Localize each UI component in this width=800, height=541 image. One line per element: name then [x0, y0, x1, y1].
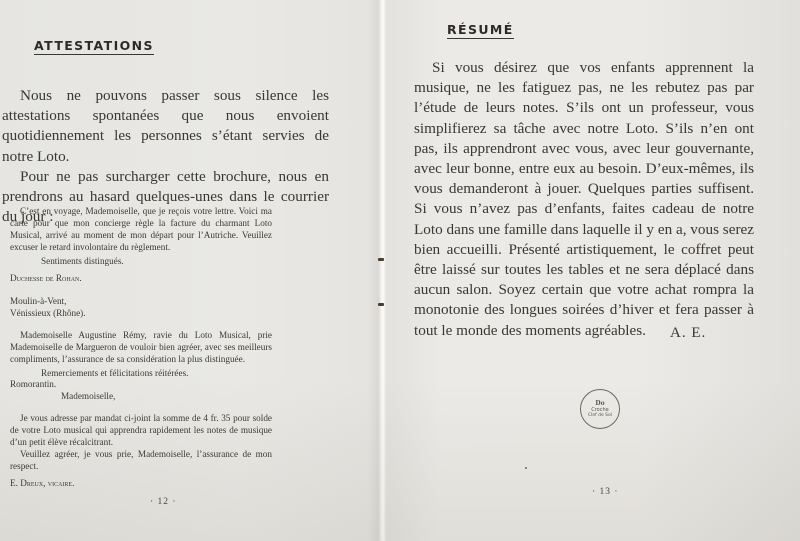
letter-body: Mademoiselle Augustine Rémy, ravie du Lo… [10, 329, 272, 365]
testimonial-letter: Romorantin. Mademoiselle, Je vous adress… [10, 378, 272, 489]
testimonial-letter: C’est en voyage, Mademoiselle, que je re… [10, 205, 272, 284]
letter-body: Veuillez agréer, je vous prie, Mademoise… [10, 448, 272, 472]
right-page: RÉSUMÉ Si vous désirez que vos enfants a… [384, 0, 800, 541]
summary-text: Si vous désirez que vos enfants apprenne… [414, 58, 754, 341]
testimonial-letter: Moulin-à-Vent, Vénissieux (Rhône). Madem… [10, 295, 272, 379]
page-heading: ATTESTATIONS [34, 38, 154, 55]
letter-place: Moulin-à-Vent, [10, 295, 272, 307]
page-heading: RÉSUMÉ [447, 22, 514, 39]
intro-paragraph: Nous ne pouvons passer sous silence les … [2, 86, 329, 167]
staple [378, 258, 384, 261]
paper-speck [525, 467, 527, 469]
letter-place: Vénissieux (Rhône). [10, 307, 272, 319]
page-number: · 13 · [592, 487, 619, 497]
letter-body: Je vous adresse par mandat ci-joint la s… [10, 412, 272, 448]
author-initials: A. E. [670, 325, 706, 342]
page-number: · 12 · [150, 497, 177, 507]
stamp-line: Do [595, 400, 604, 407]
summary-paragraph: Si vous désirez que vos enfants apprenne… [414, 58, 754, 341]
letter-signature: Duchesse de Rohan. [10, 272, 272, 284]
staple [378, 303, 384, 306]
letter-body: C’est en voyage, Mademoiselle, que je re… [10, 205, 272, 253]
left-page: ATTESTATIONS Nous ne pouvons passer sous… [0, 0, 382, 541]
letter-place: Romorantin. [10, 378, 272, 390]
ink-stamp: Do Croche Clef de Sol [580, 389, 620, 429]
letter-closing: Sentiments distingués. [10, 255, 272, 267]
letter-signature: E. Dreux, vicaire. [10, 477, 272, 489]
letter-greeting: Mademoiselle, [10, 390, 272, 402]
stamp-line: Clef de Sol [588, 413, 612, 419]
